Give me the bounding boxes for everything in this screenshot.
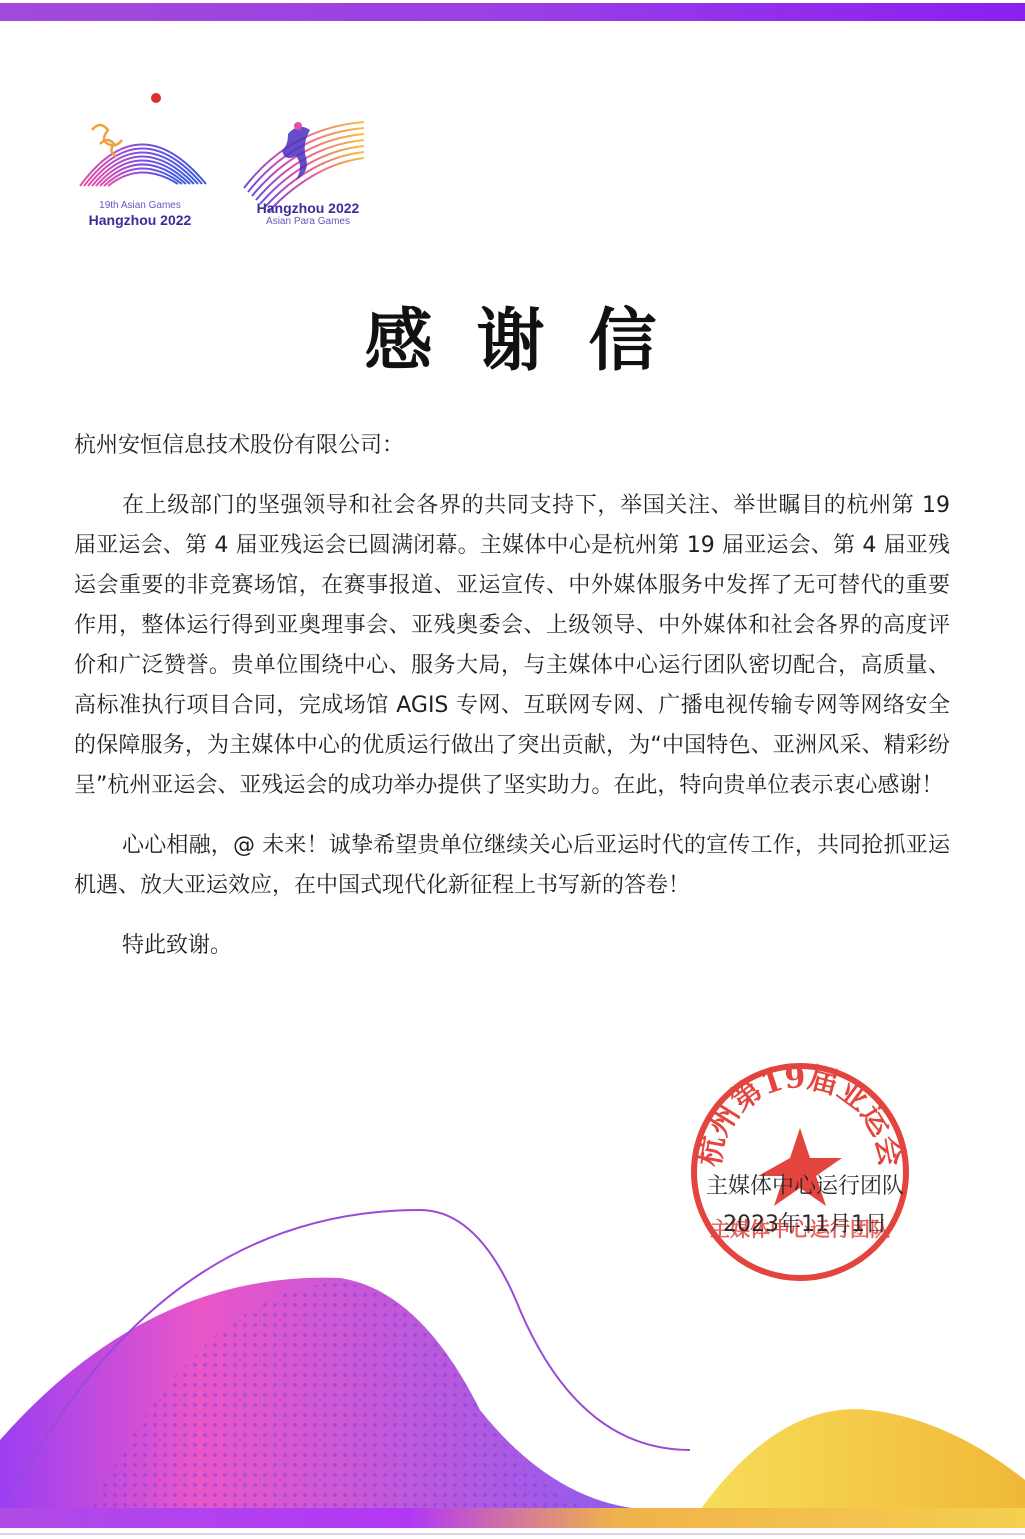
asian-games-line1: 19th Asian Games	[60, 200, 220, 212]
top-gradient-bar	[0, 3, 1025, 21]
logo-group: 19th Asian Games Hangzhou 2022 Hangzhou …	[60, 84, 380, 234]
letter-title: 感谢信	[0, 296, 1025, 386]
para-games-line1: Hangzhou 2022	[228, 200, 388, 216]
asian-games-caption: 19th Asian Games Hangzhou 2022	[60, 200, 220, 228]
para-games-line2: Asian Para Games	[228, 216, 388, 228]
letter-body: 杭州安恒信息技术股份有限公司： 在上级部门的坚强领导和社会各界的共同支持下，举国…	[74, 426, 950, 986]
paragraph-closing: 特此致谢。	[74, 926, 950, 966]
para-games-caption: Hangzhou 2022 Asian Para Games	[228, 200, 388, 228]
paragraph-main: 在上级部门的坚强领导和社会各界的共同支持下，举国关注、举世瞩目的杭州第 19 届…	[74, 486, 950, 806]
paragraph-future: 心心相融，@ 未来！诚挚希望贵单位继续关心后亚运时代的宣传工作，共同抢抓亚运机遇…	[74, 826, 950, 906]
signature-block: 主媒体中心运行团队 2023年11月1日	[680, 1168, 930, 1244]
signature-date: 2023年11月1日	[680, 1206, 930, 1244]
asian-games-line2: Hangzhou 2022	[60, 212, 220, 228]
signature-organization: 主媒体中心运行团队	[680, 1168, 930, 1206]
salutation: 杭州安恒信息技术股份有限公司：	[74, 426, 950, 466]
